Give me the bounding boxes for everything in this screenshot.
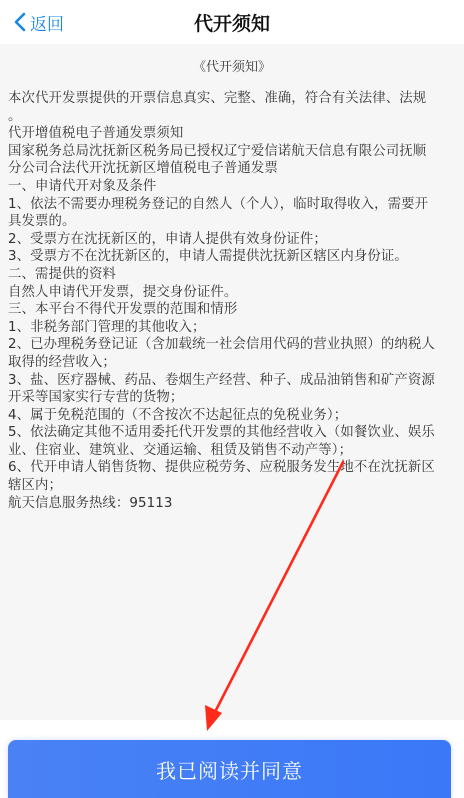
notice-line: 4、属于免税范围的（不含按次不达起征点的免税业务）； <box>8 407 456 425</box>
notice-line: 。 <box>8 108 456 126</box>
notice-line: 自然人申请代开发票，提交身份证件。 <box>8 284 456 302</box>
notice-line: 1、非税务部门管理的其他收入； <box>8 319 456 337</box>
back-button[interactable]: 返回 <box>14 0 64 44</box>
notice-line: 分公司合法代开沈抚新区增值税电子普通发票 <box>8 160 456 178</box>
notice-line: 一、申请代开对象及条件 <box>8 178 456 196</box>
notice-line: 业、住宿业、建筑业、交通运输、租赁及销售不动产等）； <box>8 442 456 460</box>
notice-line: 航天信息服务热线：95113 <box>8 495 456 513</box>
page-title: 代开须知 <box>194 9 270 36</box>
notice-line: 三、本平台不得代开发票的范围和情形 <box>8 301 456 319</box>
notice-line: 3、盐、医疗器械、药品、卷烟生产经营、种子、成品油销售和矿产资源 <box>8 372 456 390</box>
chevron-left-icon <box>14 12 26 32</box>
notice-body: 本次代开发票提供的开票信息真实、完整、准确，符合有关法律、法规 。 代开增值税电… <box>0 90 464 512</box>
notice-line: 辖区内； <box>8 477 456 495</box>
notice-line: 代开增值税电子普通发票须知 <box>8 125 456 143</box>
notice-line: 国家税务总局沈抚新区税务局已授权辽宁爱信诺航天信息有限公司抚顺 <box>8 143 456 161</box>
notice-line: 3、受票方不在沈抚新区的，申请人需提供沈抚新区辖区内身份证。 <box>8 248 456 266</box>
notice-content[interactable]: 《代开须知》 本次代开发票提供的开票信息真实、完整、准确，符合有关法律、法规 。… <box>0 44 464 720</box>
notice-line: 具发票的。 <box>8 213 456 231</box>
notice-line: 1、依法不需要办理税务登记的自然人（个人），临时取得收入，需要开 <box>8 196 456 214</box>
notice-line: 二、需提供的资料 <box>8 266 456 284</box>
notice-line: 5、依法确定其他不适用委托代开发票的其他经营收入（如餐饮业、娱乐 <box>8 424 456 442</box>
footer-bar: 我已阅读并同意 <box>0 720 464 798</box>
agree-button[interactable]: 我已阅读并同意 <box>8 740 451 798</box>
notice-line: 6、代开申请人销售货物、提供应税劳务、应税服务发生地不在沈抚新区 <box>8 459 456 477</box>
navigation-bar: 返回 代开须知 <box>0 0 464 44</box>
back-label: 返回 <box>30 10 64 35</box>
notice-line: 开采等国家实行专营的货物； <box>8 389 456 407</box>
notice-line: 2、已办理税务登记证（含加载统一社会信用代码的营业执照）的纳税人 <box>8 336 456 354</box>
notice-line: 取得的经营收入； <box>8 354 456 372</box>
document-title: 《代开须知》 <box>0 44 464 80</box>
notice-line: 2、受票方在沈抚新区的，申请人提供有效身份证件； <box>8 231 456 249</box>
notice-line: 本次代开发票提供的开票信息真实、完整、准确，符合有关法律、法规 <box>8 90 456 108</box>
